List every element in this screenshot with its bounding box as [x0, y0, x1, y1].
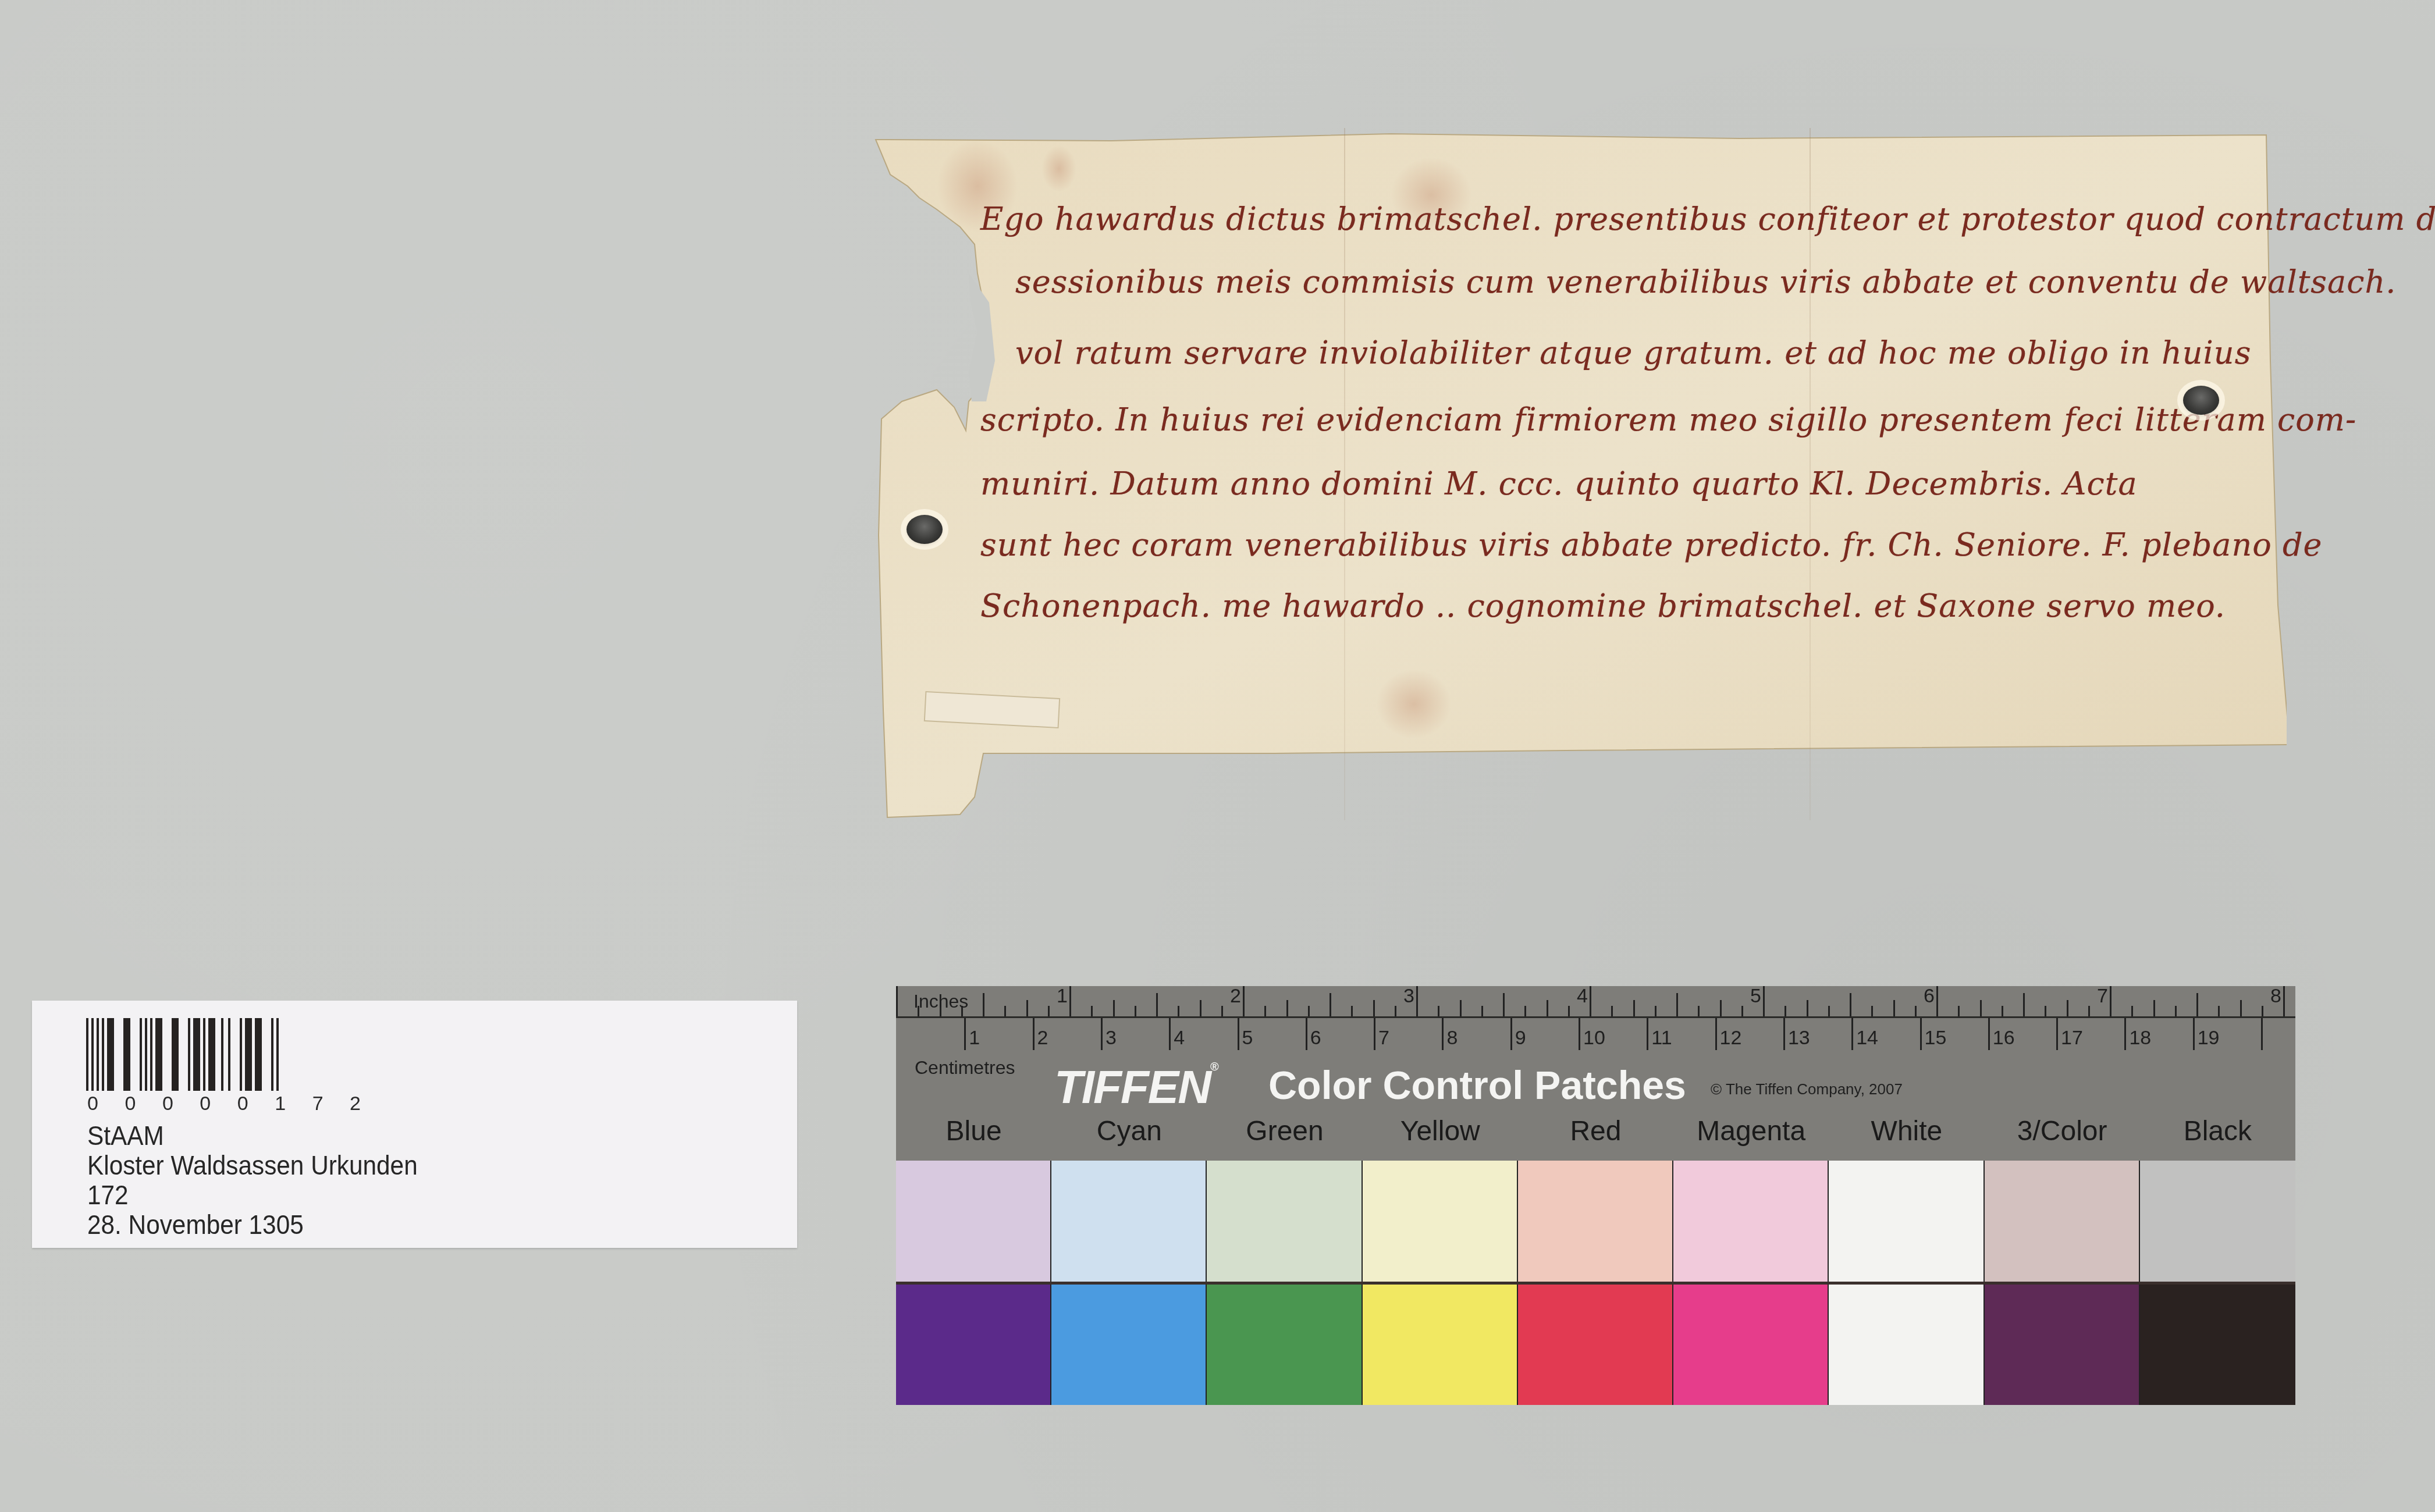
inch-tick — [2262, 1006, 2263, 1016]
inch-tick — [1481, 1006, 1483, 1016]
cm-tick — [1374, 1018, 1375, 1050]
inch-tick — [1308, 1006, 1310, 1016]
barcode-digit: 0 — [87, 1093, 98, 1115]
cm-tick — [1920, 1018, 1922, 1050]
cm-number: 14 — [1856, 1027, 1878, 1049]
tiffen-logo: TIFFEN® — [1054, 1061, 1218, 1114]
card-copyright: © The Tiffen Company, 2007 — [1711, 1080, 1903, 1098]
manuscript-line: vol ratum servare inviolabiliter atque g… — [1015, 335, 2251, 371]
barcode-bar — [107, 1018, 114, 1091]
inch-tick — [1611, 1006, 1613, 1016]
barcode-digit: 7 — [312, 1093, 324, 1115]
inch-number: 6 — [1924, 985, 1935, 1008]
inch-tick — [1503, 993, 1505, 1016]
cm-number: 6 — [1310, 1027, 1321, 1049]
inch-tick — [1373, 1000, 1375, 1016]
inch-tick — [1069, 986, 1071, 1016]
inch-tick — [1200, 1000, 1201, 1016]
inch-tick — [1178, 1006, 1179, 1016]
inch-tick — [1741, 1006, 1743, 1016]
inch-tick — [1026, 1000, 1028, 1016]
stain — [1376, 669, 1452, 739]
inch-tick — [1004, 1006, 1006, 1016]
cm-tick — [1442, 1018, 1444, 1050]
manuscript-line: scripto. In huius rei evidenciam firmior… — [980, 401, 2356, 438]
inch-tick — [1568, 1006, 1570, 1016]
inch-tick — [1871, 1006, 1873, 1016]
inch-number: 2 — [1230, 985, 1241, 1008]
manuscript-line: sessionibus meis commisis cum venerabili… — [1015, 264, 2396, 300]
barcode-bar — [114, 1018, 123, 1091]
cm-number: 5 — [1242, 1027, 1253, 1049]
patch-dark-3-color — [1985, 1285, 2140, 1405]
patch-row-light — [896, 1161, 2295, 1283]
barcode-bar — [208, 1018, 215, 1091]
barcode-digit: 2 — [350, 1093, 361, 1115]
inch-tick — [1221, 1006, 1223, 1016]
cm-tick — [1988, 1018, 1990, 1050]
cm-tick — [964, 1018, 966, 1050]
inch-tick — [1893, 1000, 1895, 1016]
inch-tick — [1438, 1006, 1439, 1016]
patch-row-dark — [896, 1285, 2295, 1405]
cm-number: 13 — [1788, 1027, 1810, 1049]
inch-tick — [1698, 1006, 1700, 1016]
barcode-bar — [172, 1018, 179, 1091]
inch-tick — [1915, 1006, 1917, 1016]
inch-tick — [1828, 1006, 1830, 1016]
inch-tick — [1264, 1006, 1266, 1016]
patch-dark-green — [1207, 1285, 1362, 1405]
inch-number: 8 — [2270, 985, 2281, 1008]
grommet-left — [907, 515, 943, 544]
cm-number: 7 — [1378, 1027, 1389, 1049]
inch-tick — [2067, 1000, 2068, 1016]
inch-tick — [1720, 1000, 1722, 1016]
inch-tick — [2153, 1000, 2155, 1016]
centimetres-caption: Centimetres — [915, 1057, 1015, 1079]
cm-tick — [2056, 1018, 2058, 1050]
patch-light-magenta — [1673, 1161, 1829, 1283]
ruler-band: 1234567812345678910111213141516171819 In… — [896, 986, 2295, 1161]
cm-tick — [1169, 1018, 1171, 1050]
barcode-bar — [276, 1018, 279, 1091]
cm-tick — [1647, 1018, 1648, 1050]
inch-tick — [1633, 1000, 1635, 1016]
cm-number: 11 — [1651, 1027, 1672, 1049]
inch-tick — [1135, 1006, 1136, 1016]
cm-tick — [1851, 1018, 1853, 1050]
patch-light-3-color — [1985, 1161, 2140, 1283]
patch-dark-red — [1518, 1285, 1673, 1405]
cm-tick — [1715, 1018, 1717, 1050]
brand-name: TIFFEN — [1054, 1061, 1210, 1113]
barcode-bar — [155, 1018, 162, 1091]
patch-dark-yellow — [1363, 1285, 1518, 1405]
cm-tick — [1033, 1018, 1035, 1050]
inch-tick — [896, 986, 898, 1016]
patch-light-cyan — [1051, 1161, 1207, 1283]
barcode-bar — [193, 1018, 200, 1091]
inch-number: 5 — [1750, 985, 1761, 1008]
label-number: 172 — [87, 1179, 129, 1211]
patch-dark-black — [2140, 1285, 2295, 1405]
inch-number: 3 — [1403, 985, 1414, 1008]
inch-tick — [1048, 1006, 1050, 1016]
inch-tick — [1091, 1006, 1093, 1016]
inch-number: 1 — [1057, 985, 1068, 1008]
barcode-bar — [123, 1018, 130, 1091]
cm-number: 18 — [2129, 1027, 2151, 1049]
parchment-charter: Ego hawardus dictus brimatschel. present… — [867, 128, 2287, 820]
manuscript-line: Schonenpach. me hawardo .. cognomine bri… — [980, 588, 2226, 624]
inch-tick — [2218, 1006, 2220, 1016]
color-control-card: 1234567812345678910111213141516171819 In… — [896, 986, 2295, 1405]
cm-tick — [1101, 1018, 1103, 1050]
barcode-bar — [130, 1018, 140, 1091]
inch-tick — [1936, 986, 1938, 1016]
patch-label: Black — [2140, 1115, 2295, 1147]
inch-tick — [1676, 993, 1678, 1016]
patch-label: Yellow — [1363, 1115, 1518, 1147]
barcode-bar — [223, 1018, 228, 1091]
registered-mark: ® — [1210, 1061, 1218, 1073]
patch-dark-cyan — [1051, 1285, 1207, 1405]
patch-label: 3/Color — [1985, 1115, 2140, 1147]
patch-dark-magenta — [1673, 1285, 1829, 1405]
inch-tick — [1850, 993, 1851, 1016]
inch-tick — [1416, 986, 1418, 1016]
patch-light-blue — [896, 1161, 1051, 1283]
archive-label-card: 00000172 StAAM Kloster Waldsassen Urkund… — [32, 1001, 797, 1248]
cm-tick — [1238, 1018, 1239, 1050]
cm-tick — [1510, 1018, 1512, 1050]
barcode-bar — [255, 1018, 262, 1091]
cm-number: 2 — [1037, 1027, 1048, 1049]
barcode-digit: 0 — [162, 1093, 173, 1115]
patch-light-white — [1829, 1161, 1984, 1283]
label-collection: Kloster Waldsassen Urkunden — [87, 1150, 418, 1181]
barcode-bar — [262, 1018, 271, 1091]
inches-caption: Inches — [913, 991, 968, 1012]
cm-number: 15 — [1925, 1027, 1947, 1049]
inch-tick — [2088, 1006, 2090, 1016]
inch-tick — [2175, 1006, 2177, 1016]
label-date: 28. November 1305 — [87, 1209, 304, 1240]
cm-tick — [2261, 1018, 2263, 1050]
cm-number: 10 — [1583, 1027, 1605, 1049]
inch-tick — [1807, 1000, 1808, 1016]
patch-label: Cyan — [1051, 1115, 1207, 1147]
inch-tick — [2023, 993, 2025, 1016]
inch-tick — [2240, 1000, 2242, 1016]
cm-tick — [1306, 1018, 1307, 1050]
cm-tick — [1579, 1018, 1580, 1050]
inch-tick — [1763, 986, 1765, 1016]
barcode-bar — [162, 1018, 172, 1091]
manuscript-line: sunt hec coram venerabilibus viris abbat… — [980, 526, 2322, 563]
barcode-digits: 00000172 — [87, 1093, 361, 1115]
inch-tick — [1351, 1006, 1353, 1016]
ruler-baseline — [896, 1016, 2295, 1018]
cm-number: 12 — [1720, 1027, 1742, 1049]
inch-tick — [2283, 986, 2285, 1016]
cm-number: 19 — [2198, 1027, 2220, 1049]
barcode-digit: 1 — [275, 1093, 286, 1115]
manuscript-line: muniri. Datum anno domini M. ccc. quinto… — [980, 465, 2138, 502]
patch-label: White — [1829, 1115, 1984, 1147]
inch-tick — [1980, 1000, 1982, 1016]
patch-light-red — [1518, 1161, 1673, 1283]
inch-tick — [2045, 1006, 2046, 1016]
patch-light-green — [1207, 1161, 1362, 1283]
barcode-digit: 0 — [237, 1093, 248, 1115]
patch-dark-white — [1829, 1285, 1984, 1405]
cm-tick — [2193, 1018, 2195, 1050]
patch-label: Red — [1518, 1115, 1673, 1147]
inch-tick — [1156, 993, 1158, 1016]
inch-tick — [983, 993, 984, 1016]
patch-label: Blue — [896, 1115, 1051, 1147]
cm-number: 16 — [1993, 1027, 2015, 1049]
barcode-bar — [230, 1018, 240, 1091]
cm-number: 3 — [1105, 1027, 1117, 1049]
inch-number: 7 — [2097, 985, 2108, 1008]
grommet-right — [2183, 386, 2219, 415]
inch-tick — [2131, 1006, 2133, 1016]
label-archive: StAAM — [87, 1120, 164, 1151]
inch-tick — [1113, 1000, 1115, 1016]
barcode-digit: 0 — [200, 1093, 211, 1115]
cm-number: 4 — [1174, 1027, 1185, 1049]
barcode-bar — [179, 1018, 188, 1091]
manuscript-line: Ego hawardus dictus brimatschel. present… — [980, 201, 2435, 237]
inch-tick — [2196, 993, 2198, 1016]
inch-tick — [1395, 1006, 1396, 1016]
inch-tick — [1460, 1000, 1462, 1016]
stain — [1041, 145, 1076, 192]
cm-number: 1 — [969, 1027, 980, 1049]
inch-tick — [1547, 1000, 1548, 1016]
patch-label: Magenta — [1673, 1115, 1829, 1147]
cm-number: 8 — [1446, 1027, 1458, 1049]
barcode-bar — [215, 1018, 221, 1091]
inch-tick — [1286, 1000, 1288, 1016]
inch-tick — [2110, 986, 2111, 1016]
inch-tick — [1958, 1006, 1960, 1016]
inch-tick — [1590, 986, 1591, 1016]
barcode-bar — [245, 1018, 252, 1091]
inch-tick — [1330, 993, 1331, 1016]
patch-light-yellow — [1363, 1161, 1518, 1283]
barcode — [86, 1018, 360, 1091]
cm-tick — [1783, 1018, 1785, 1050]
inch-tick — [1785, 1006, 1786, 1016]
card-title: Color Control Patches — [1268, 1063, 1686, 1108]
cm-number: 17 — [2061, 1027, 2083, 1049]
inch-tick — [1655, 1006, 1656, 1016]
inch-tick — [1243, 986, 1245, 1016]
barcode-digit: 0 — [125, 1093, 136, 1115]
inch-tick — [1524, 1006, 1526, 1016]
cm-tick — [2124, 1018, 2126, 1050]
patch-light-black — [2140, 1161, 2295, 1283]
inch-tick — [2002, 1006, 2003, 1016]
inch-number: 4 — [1577, 985, 1588, 1008]
patch-dark-blue — [896, 1285, 1051, 1405]
cm-number: 9 — [1515, 1027, 1526, 1049]
patch-label: Green — [1207, 1115, 1362, 1147]
